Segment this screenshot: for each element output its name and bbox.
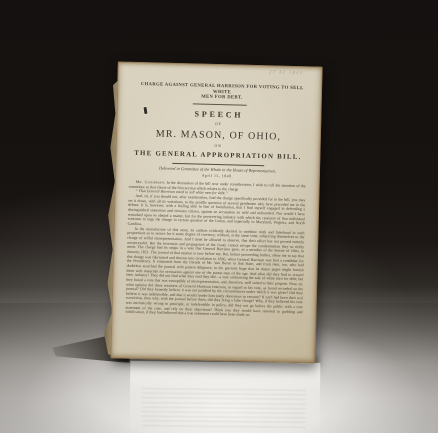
product-photo-backdrop: 27 42 1840 CHARGE AGAINST GENERAL HARRIS…: [0, 0, 438, 433]
speaker-name: MR. MASON, OF OHIO,: [130, 128, 307, 143]
caption-line1: CHARGE AGAINST GENERAL HARRISON FOR VOTI…: [141, 82, 304, 95]
paragraph-2: And, sir, if you should not, after exami…: [128, 194, 306, 231]
caption-title: CHARGE AGAINST GENERAL HARRISON FOR VOTI…: [131, 82, 313, 103]
page-content: 27 42 1840 CHARGE AGAINST GENERAL HARRIS…: [110, 66, 322, 368]
bill-title: THE GENERAL APPROPRIATION BILL.: [129, 150, 306, 161]
pamphlet-page: 27 42 1840 CHARGE AGAINST GENERAL HARRIS…: [110, 61, 322, 363]
speech-heading: SPEECH: [130, 108, 307, 121]
pencil-inscription: 27 42 1840: [132, 67, 304, 77]
on-word: ON: [130, 142, 307, 150]
divider-rule-short: [192, 104, 246, 106]
paragraph-3: In the manufacture of this story, its au…: [125, 226, 304, 319]
caption-line2: MEN FOR DEBT.: [201, 95, 242, 101]
body-text: Mr. Chairman: In the discussion of the b…: [125, 180, 305, 319]
reflection-text-lines: [142, 388, 306, 430]
page-reflection: [130, 361, 321, 433]
